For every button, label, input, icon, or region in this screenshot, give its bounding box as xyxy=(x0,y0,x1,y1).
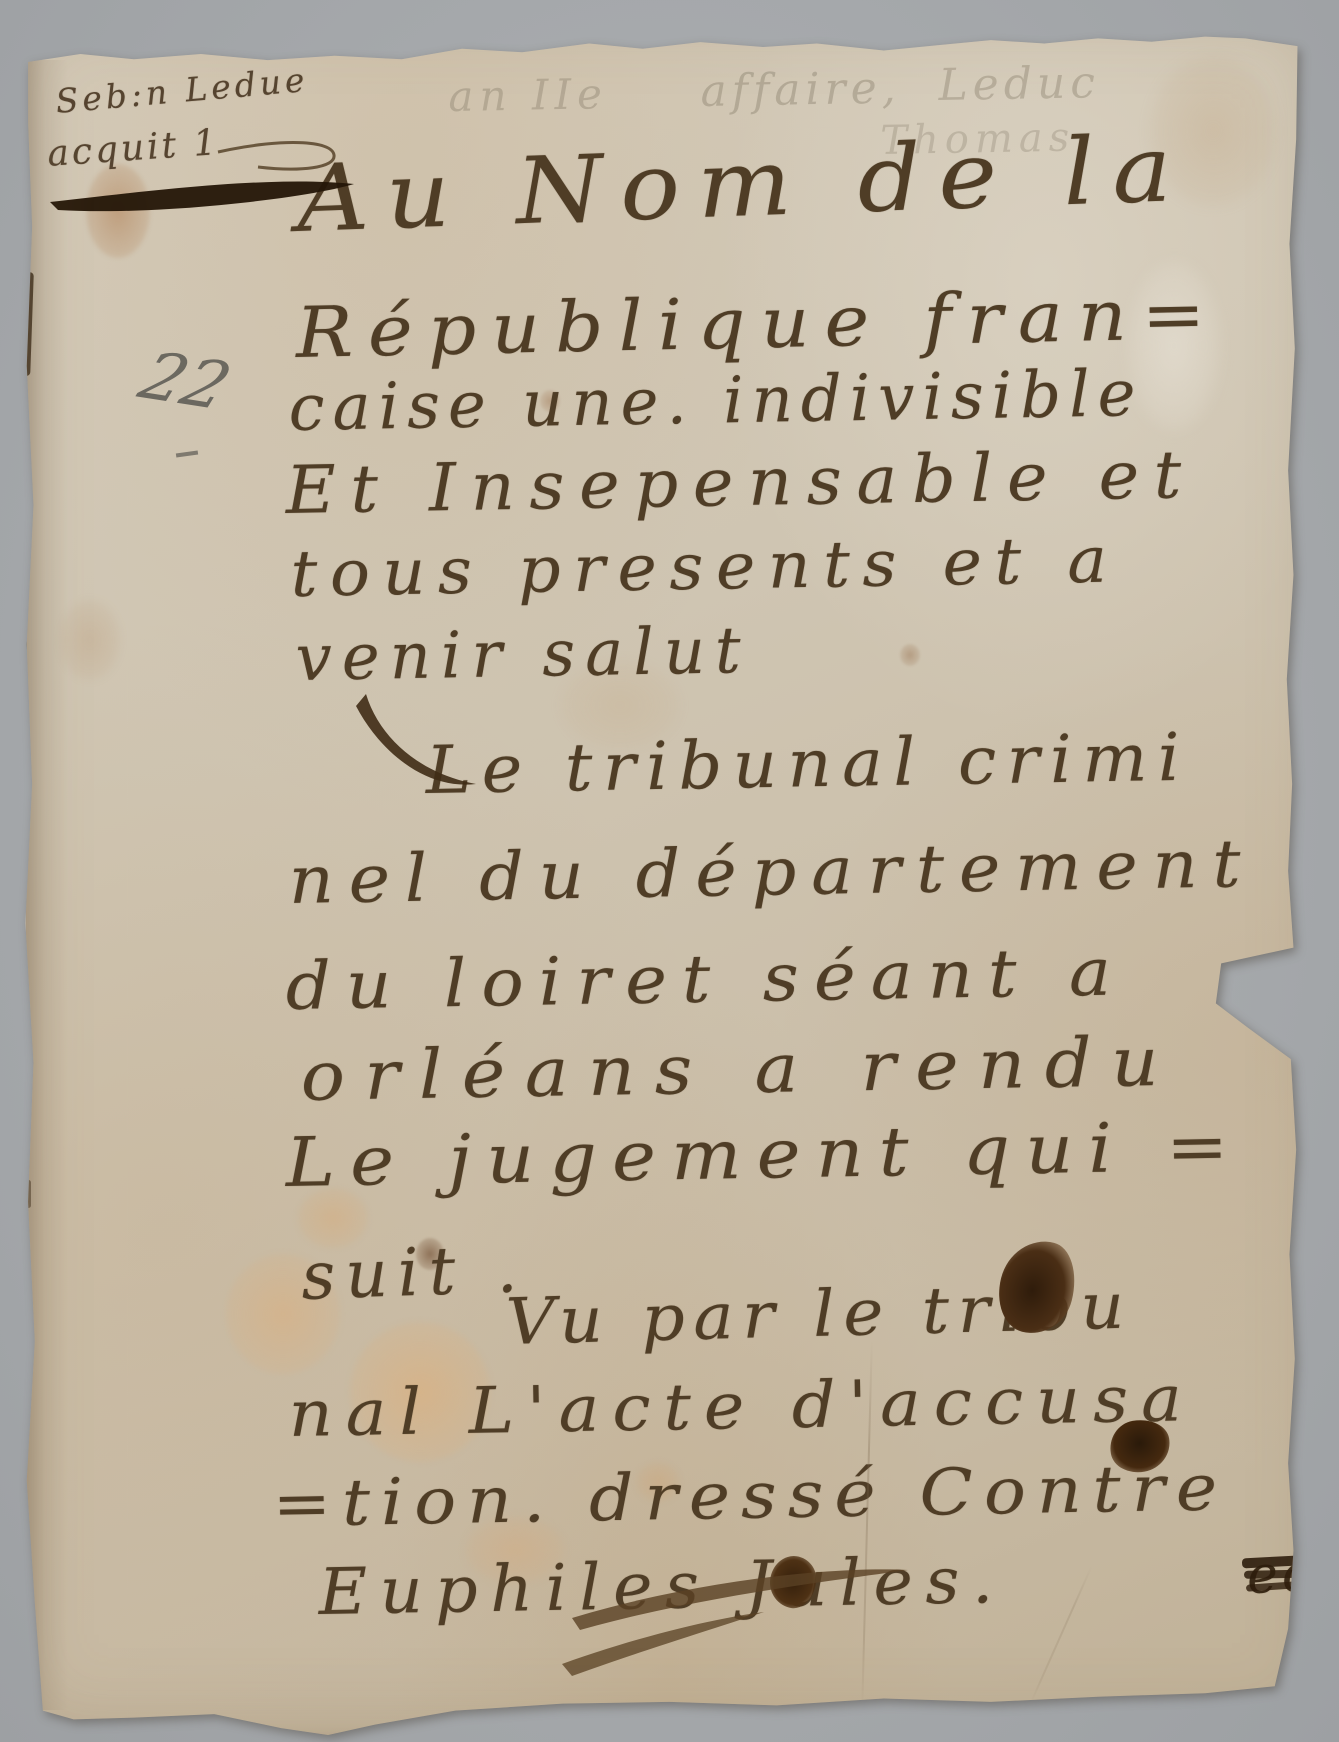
pencil-annotation-name: Leduc xyxy=(938,57,1100,111)
folio-underline xyxy=(176,450,198,457)
manuscript-line-6: venir salut xyxy=(295,614,751,696)
stain xyxy=(60,600,120,680)
binding-mark xyxy=(26,1180,31,1208)
manuscript-line-7: Le tribunal crimi xyxy=(425,719,1191,809)
manuscript-line-4: Et Insepensable et xyxy=(285,436,1196,529)
manuscript-line-11: Le jugement qui = xyxy=(285,1107,1244,1203)
binding-mark xyxy=(22,1612,36,1724)
stain xyxy=(86,164,150,258)
paper-sheet-wrap: an IIe affaire, Leduc Thomas 22 Seb:n Le… xyxy=(0,0,1339,1742)
paper-sheet: an IIe affaire, Leduc Thomas 22 Seb:n Le… xyxy=(0,0,1339,1742)
manuscript-line-10: orléans a rendu xyxy=(300,1023,1179,1117)
annotation-clerk-name: Seb:n Ledue xyxy=(54,60,310,121)
manuscript-line-16: Euphiles Jules. xyxy=(318,1544,1006,1630)
binding-mark xyxy=(22,640,27,662)
manuscript-line-9: du loiret séant a xyxy=(285,933,1127,1025)
folio-number: 22 xyxy=(130,338,241,425)
manuscript-line-15: =tion. dressé Contre xyxy=(272,1451,1229,1542)
crease-line xyxy=(1030,1566,1093,1704)
manuscript-line-13: Vu par le tribu xyxy=(505,1270,1134,1360)
manuscript-line-1: Au Nom de la xyxy=(295,115,1190,253)
stain xyxy=(900,644,920,666)
binding-mark xyxy=(18,950,25,1008)
document-photo: an IIe affaire, Leduc Thomas 22 Seb:n Le… xyxy=(0,0,1339,1742)
pencil-annotation-year: an IIe xyxy=(448,69,608,121)
manuscript-line-3: caise une. indivisible xyxy=(288,357,1144,446)
manuscript-line-5: tous presents et a xyxy=(290,524,1120,612)
manuscript-line-14: nal L'acte d'accusa xyxy=(288,1362,1195,1452)
strike-scribble xyxy=(1244,1569,1332,1579)
annotation-acquit-note: acquit 1 xyxy=(46,122,221,175)
manuscript-line-8: nel du département xyxy=(288,825,1256,919)
manuscript-line-12: suit . xyxy=(300,1230,529,1315)
pencil-annotation-case: affaire, xyxy=(700,63,901,117)
